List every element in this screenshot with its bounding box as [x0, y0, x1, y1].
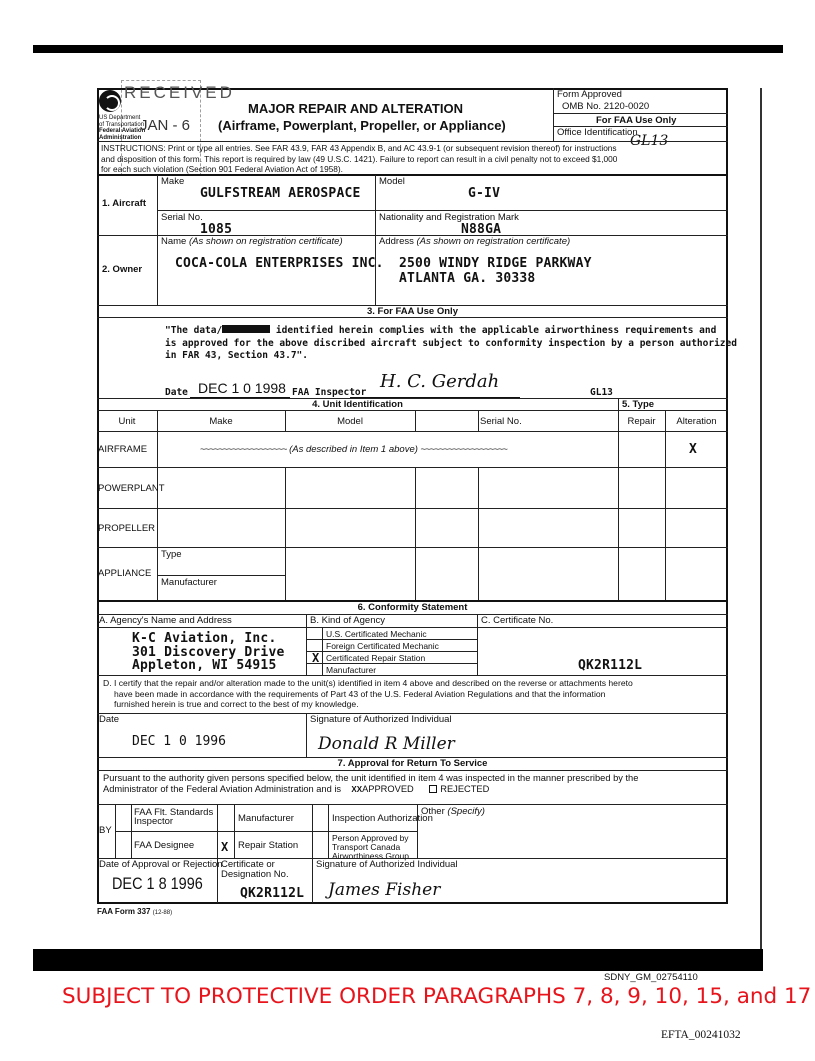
divider	[477, 614, 478, 675]
kind-repair-station-mark: X	[312, 651, 319, 665]
divider	[217, 804, 218, 903]
form-title: MAJOR REPAIR AND ALTERATION	[248, 101, 463, 116]
kind-repair-station: Certificated Repair Station	[326, 653, 425, 663]
by-label: BY	[99, 825, 112, 836]
faa-use-only-label: For FAA Use Only	[596, 115, 676, 126]
divider	[375, 175, 376, 305]
divider	[157, 175, 158, 305]
statement-line: "The data/ identified herein complies wi…	[165, 325, 737, 338]
owner-address-label-text: Address	[379, 236, 414, 247]
owner-address-label: Address (As shown on registration certif…	[379, 236, 570, 247]
kind-manufacturer: Manufacturer	[326, 665, 376, 675]
conformity-signature: Donald R Miller	[318, 734, 455, 754]
form-number-text: FAA Form 337	[97, 907, 151, 916]
appliance-manufacturer-label: Manufacturer	[161, 577, 217, 588]
fill-line: ~~~~~~~~~~~~~~~~~~~	[200, 444, 286, 455]
divider	[97, 804, 728, 805]
scan-page-edge	[760, 88, 762, 950]
faa-inspector-code: GL13	[590, 387, 613, 398]
other-hint: (Specify)	[447, 806, 484, 817]
approved-checkbox[interactable]: XX	[351, 785, 362, 794]
form-revision: (12-88)	[153, 910, 172, 916]
by-repair-station-mark: X	[221, 840, 228, 854]
by-faa-designee: FAA Designee	[134, 840, 194, 851]
instructions-line: INSTRUCTIONS: Print or type all entries.…	[101, 143, 617, 154]
certify-line: have been made in accordance with the re…	[103, 689, 633, 700]
approval-section-label: 7. Approval for Return To Service	[97, 758, 728, 769]
by-faa-flt-standards-inspector: FAA Flt. Standards Inspector	[134, 808, 216, 826]
divider	[618, 398, 619, 600]
dot-department: US Department of Transportation Federal …	[99, 115, 145, 141]
divider	[285, 467, 286, 600]
statement-text: "The data/	[165, 325, 222, 336]
divider	[157, 575, 285, 576]
protective-order-notice: SUBJECT TO PROTECTIVE ORDER PARAGRAPHS 7…	[62, 984, 811, 1009]
scan-bottom-bar	[33, 949, 763, 971]
divider	[553, 88, 554, 141]
faa-date-value: DEC 1 0 1998	[198, 380, 286, 396]
col-serial: Serial No.	[480, 416, 522, 427]
agency-line: K-C Aviation, Inc.	[132, 632, 285, 646]
agency-line: Appleton, WI 54915	[132, 659, 285, 673]
faa-date-label: Date	[165, 387, 188, 398]
statement-line: in FAR 43, Section 43.7".	[165, 350, 737, 363]
col-repair: Repair	[618, 416, 665, 427]
pursuant-line: Administrator of the Federal Aviation Ad…	[103, 784, 638, 795]
statement-text: identified herein complies with the appl…	[270, 325, 716, 336]
conformity-date-label: Date	[99, 714, 119, 725]
col-make: Make	[157, 416, 285, 427]
pursuant-text: Administrator of the Federal Aviation Ad…	[103, 784, 341, 794]
certificate-label: C. Certificate No.	[481, 615, 553, 626]
model-value: G-IV	[468, 186, 500, 201]
unit-propeller: PROPELLER	[98, 523, 155, 534]
divider	[306, 663, 477, 664]
col-alteration: Alteration	[665, 416, 728, 427]
by-transport-canada: Person Approved by Transport Canada Airw…	[332, 834, 416, 861]
divider	[97, 174, 728, 176]
statement-line: is approved for the above discribed airc…	[165, 338, 737, 351]
divider	[157, 210, 728, 211]
instructions-text: INSTRUCTIONS: Print or type all entries.…	[101, 143, 617, 175]
col-unit: Unit	[97, 416, 157, 427]
approval-cert-value: QK2R112L	[240, 886, 304, 901]
divider	[97, 467, 728, 468]
divider	[97, 410, 728, 411]
divider	[97, 141, 728, 142]
other-label: Other	[421, 806, 445, 817]
serial-label: Serial No.	[161, 212, 203, 223]
divider	[97, 317, 728, 318]
aircraft-section-label: 1. Aircraft	[102, 198, 146, 209]
divider	[306, 614, 307, 675]
unit-airframe: AIRFRAME	[98, 444, 147, 455]
divider	[312, 804, 313, 903]
divider	[97, 770, 728, 771]
approved-label: APPROVED	[362, 784, 414, 794]
rejected-label: REJECTED	[440, 784, 489, 794]
owner-section-label: 2. Owner	[102, 264, 142, 275]
faa-use-section-label: 3. For FAA Use Only	[97, 306, 728, 317]
fill-line: ~~~~~~~~~~~~~~~~~~~	[421, 444, 507, 455]
rejected-checkbox[interactable]	[429, 785, 437, 793]
approval-date-value: DEC 1 8 1996	[112, 874, 203, 894]
make-value: GULFSTREAM AEROSPACE	[200, 186, 361, 201]
conformity-certificate-value: QK2R112L	[578, 658, 642, 673]
dot-logo-icon	[99, 90, 121, 112]
appliance-type-label: Type	[161, 549, 182, 560]
divider	[478, 467, 479, 600]
divider	[97, 675, 728, 676]
divider	[415, 467, 416, 600]
airframe-description: ~~~~~~~~~~~~~~~~~~~ (As described in Ite…	[200, 444, 507, 455]
owner-name-label: Name (As shown on registration certifica…	[161, 236, 343, 247]
bates-number: SDNY_GM_02754110	[604, 972, 698, 983]
owner-name-value: COCA-COLA ENTERPRISES INC.	[175, 256, 384, 271]
form-subtitle: (Airframe, Powerplant, Propeller, or App…	[218, 118, 506, 133]
agency-address: K-C Aviation, Inc. 301 Discovery Drive A…	[132, 632, 285, 673]
conformity-section-label: 6. Conformity Statement	[97, 602, 728, 613]
agency-line: 301 Discovery Drive	[132, 646, 285, 660]
divider	[306, 639, 477, 640]
certify-line: D. I certify that the repair and/or alte…	[103, 678, 633, 689]
type-section-label: 5. Type	[622, 399, 654, 410]
faa-approval-statement: "The data/ identified herein complies wi…	[165, 325, 737, 363]
approval-signature-label: Signature of Authorized Individual	[316, 859, 458, 870]
divider	[97, 508, 728, 509]
approval-signature: James Fisher	[328, 880, 440, 900]
by-repair-station: Repair Station	[238, 840, 298, 851]
divider	[478, 410, 479, 431]
unit-id-section-label: 4. Unit Identification	[97, 399, 618, 410]
redaction-bar	[222, 325, 270, 333]
stamp-text: RECEIVED	[124, 83, 235, 103]
owner-address-line2: ATLANTA GA. 30338	[399, 271, 535, 286]
conformity-date-value: DEC 1 0 1996	[132, 734, 226, 749]
agency-label: A. Agency's Name and Address	[99, 615, 232, 626]
owner-address-hint: (As shown on registration certificate)	[417, 236, 571, 247]
kind-us-mechanic: U.S. Certificated Mechanic	[326, 629, 427, 639]
divider	[553, 113, 728, 114]
by-manufacturer: Manufacturer	[238, 813, 294, 824]
form-approved-label: Form Approved	[557, 89, 622, 100]
divider	[97, 431, 728, 432]
airframe-description-text: (As described in Item 1 above)	[289, 444, 418, 455]
divider	[415, 410, 416, 431]
efta-id: EFTA_00241032	[661, 1029, 741, 1041]
pursuant-statement: Pursuant to the authority given persons …	[103, 773, 638, 795]
divider	[306, 651, 477, 652]
certify-line: furnished herein is true and correct to …	[103, 699, 633, 710]
unit-powerplant: POWERPLANT	[98, 483, 165, 494]
kind-foreign-mechanic: Foreign Certificated Mechanic	[326, 641, 439, 651]
stamp-date: JAN - 6	[140, 117, 190, 134]
faa-inspector-signature: H. C. Gerdah	[380, 371, 499, 392]
col-model: Model	[285, 416, 415, 427]
omb-number: OMB No. 2120-0020	[562, 101, 649, 112]
owner-name-hint: (As shown on registration certificate)	[189, 236, 343, 247]
divider	[97, 627, 728, 628]
divider	[97, 547, 728, 548]
office-id-label: Office Identification	[557, 127, 638, 138]
cert-label-line: Designation No.	[221, 870, 289, 880]
dept-line: US Department	[99, 115, 145, 122]
instructions-line: and disposition of this form. This repor…	[101, 154, 617, 165]
approval-date-label: Date of Approval or Rejection	[99, 859, 223, 870]
unit-appliance: APPLIANCE	[98, 568, 151, 579]
divider	[115, 831, 417, 832]
pursuant-line: Pursuant to the authority given persons …	[103, 773, 638, 784]
by-inspection-authorization: Inspection Authorization	[332, 813, 433, 824]
divider	[665, 410, 666, 600]
certify-statement: D. I certify that the repair and/or alte…	[103, 678, 633, 710]
instructions-line: for each such violation (Section 901 Fed…	[101, 164, 617, 175]
make-label: Make	[161, 176, 184, 187]
divider	[157, 410, 158, 600]
scan-top-bar	[33, 45, 783, 53]
other-specify-label: Other (Specify)	[421, 806, 485, 817]
dept-line: Federal Aviation	[99, 128, 145, 135]
form-number: FAA Form 337 (12-88)	[97, 907, 172, 916]
kind-of-agency-label: B. Kind of Agency	[310, 615, 385, 626]
airframe-alteration-mark: X	[689, 442, 697, 457]
divider	[306, 713, 307, 757]
model-label: Model	[379, 176, 405, 187]
approval-cert-label: Certificate or Designation No.	[221, 860, 289, 880]
owner-address-line1: 2500 WINDY RIDGE PARKWAY	[399, 256, 592, 271]
conformity-signature-label: Signature of Authorized Individual	[310, 714, 452, 725]
owner-name-label-text: Name	[161, 236, 186, 247]
